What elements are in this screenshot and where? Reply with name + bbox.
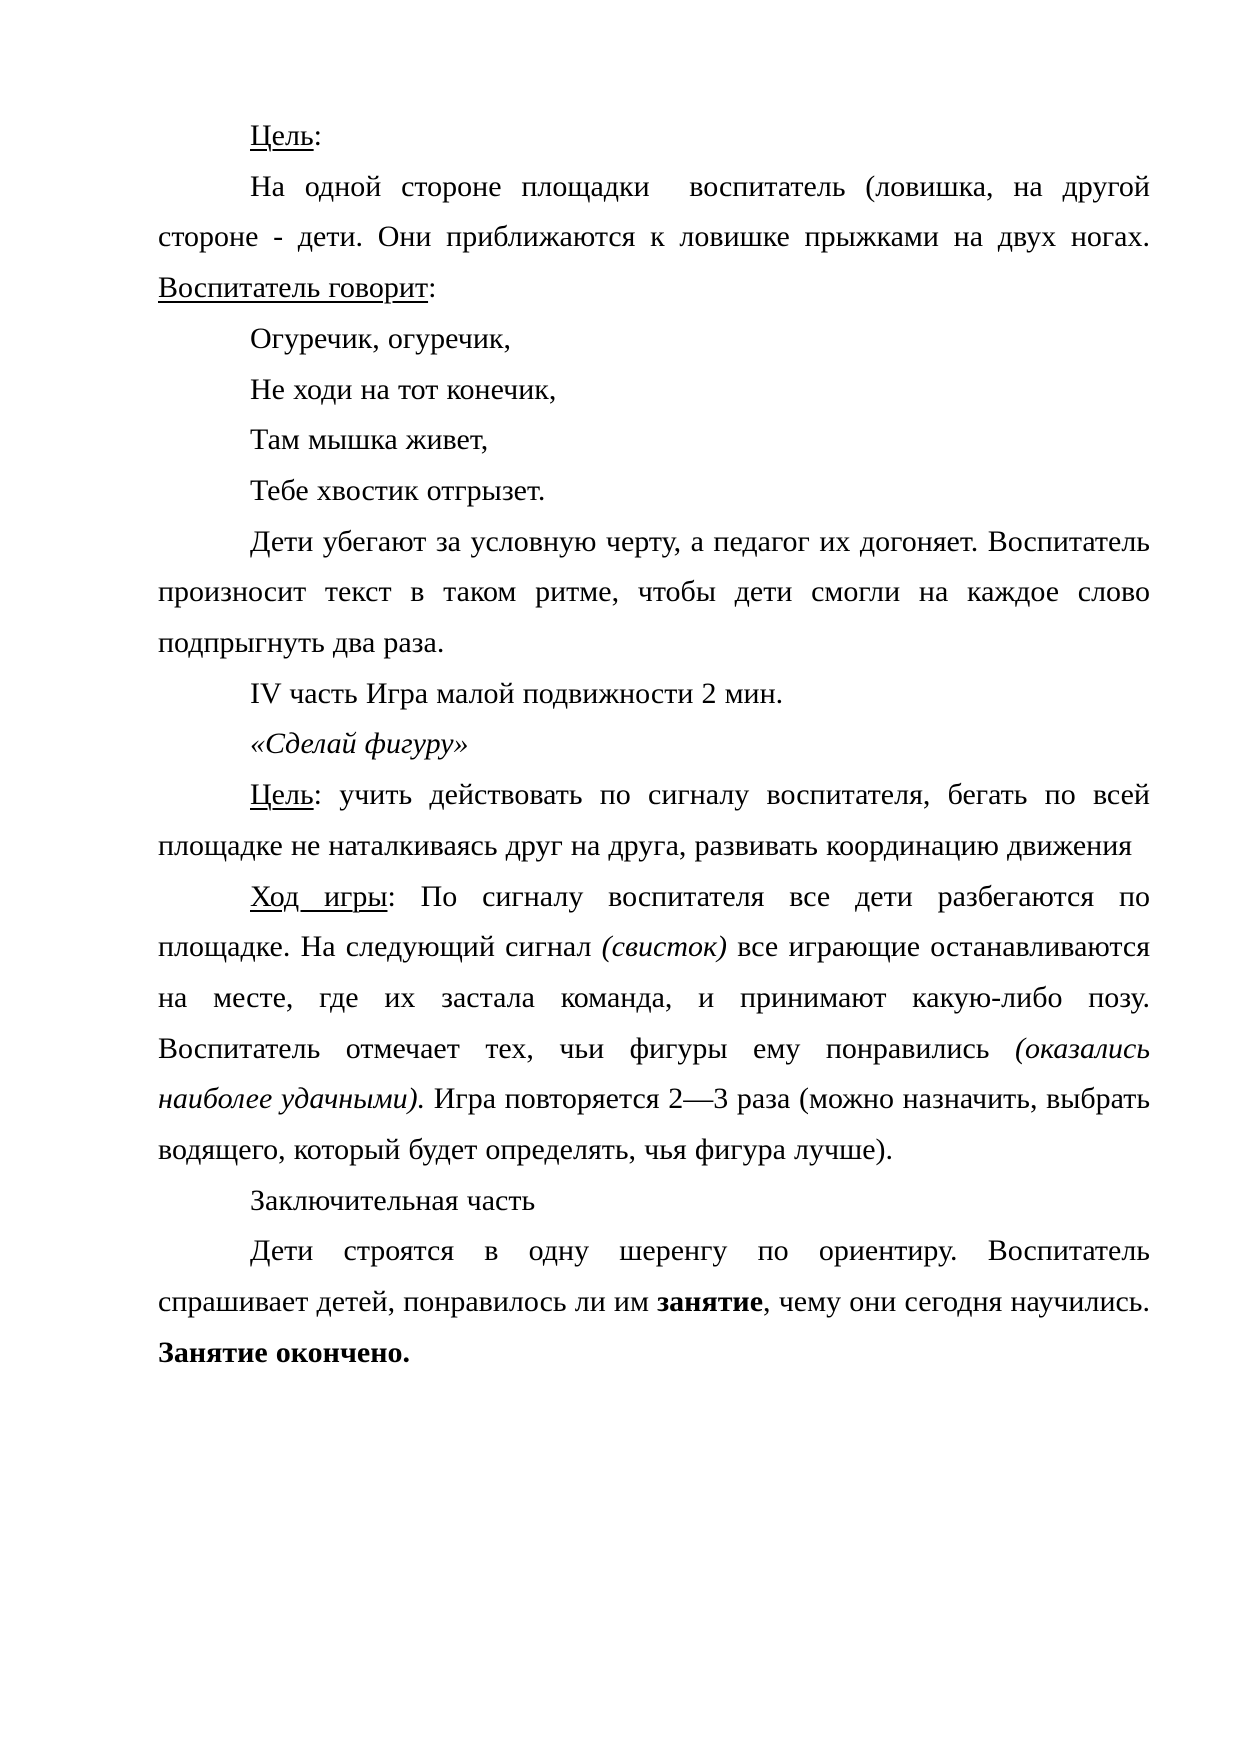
text-run: Заключительная часть — [250, 1184, 535, 1217]
text-run: : — [428, 271, 436, 304]
text-run: Цель — [250, 119, 314, 152]
text-run: Огуречик, огуречик, — [250, 322, 511, 355]
poem-line-4: Тебе хвостик отгрызет. — [158, 466, 1150, 517]
goal-heading: Цель: — [158, 111, 1150, 162]
part-iv-line: IV часть Игра малой подвижности 2 мин. — [158, 669, 1150, 720]
closing-paragraph: Дети строятся в одну шеренгу по ориентир… — [158, 1226, 1150, 1378]
document-page: Цель:На одной стороне площадки воспитате… — [0, 0, 1240, 1754]
text-run: На одной стороне площадки воспитатель (л… — [158, 170, 1158, 254]
text-run: , чему они сегодня научились. — [763, 1285, 1158, 1318]
poem-line-3: Там мышка живет, — [158, 415, 1150, 466]
document-body: Цель:На одной стороне площадки воспитате… — [158, 111, 1150, 1379]
game-course-paragraph: Ход игры: По сигналу воспитателя все дет… — [158, 872, 1150, 1176]
text-run: IV часть Игра малой подвижности 2 мин. — [250, 677, 783, 710]
text-run: Там мышка живет, — [250, 423, 488, 456]
text-run: (свисток) — [602, 930, 727, 963]
text-run: Цель — [250, 778, 314, 811]
text-run: : — [314, 119, 322, 152]
text-run: Воспитатель говорит — [158, 271, 428, 304]
text-run: Дети убегают за условную черту, а педаго… — [158, 525, 1158, 659]
text-run: Тебе хвостик отгрызет. — [250, 474, 545, 507]
text-run: Занятие окончено. — [158, 1336, 410, 1369]
goal-paragraph: Цель: учить действовать по сигналу воспи… — [158, 770, 1150, 871]
running-paragraph: Дети убегают за условную черту, а педаго… — [158, 517, 1150, 669]
final-part-heading: Заключительная часть — [158, 1176, 1150, 1227]
poem-line-2: Не ходи на тот конечик, — [158, 365, 1150, 416]
intro-paragraph: На одной стороне площадки воспитатель (л… — [158, 162, 1150, 314]
text-run: Ход игры — [250, 880, 387, 913]
text-run: «Сделай фигуру» — [250, 727, 469, 760]
text-run: Не ходи на тот конечик, — [250, 373, 556, 406]
text-run: занятие — [657, 1285, 763, 1318]
game-title: «Сделай фигуру» — [158, 719, 1150, 770]
poem-line-1: Огуречик, огуречик, — [158, 314, 1150, 365]
